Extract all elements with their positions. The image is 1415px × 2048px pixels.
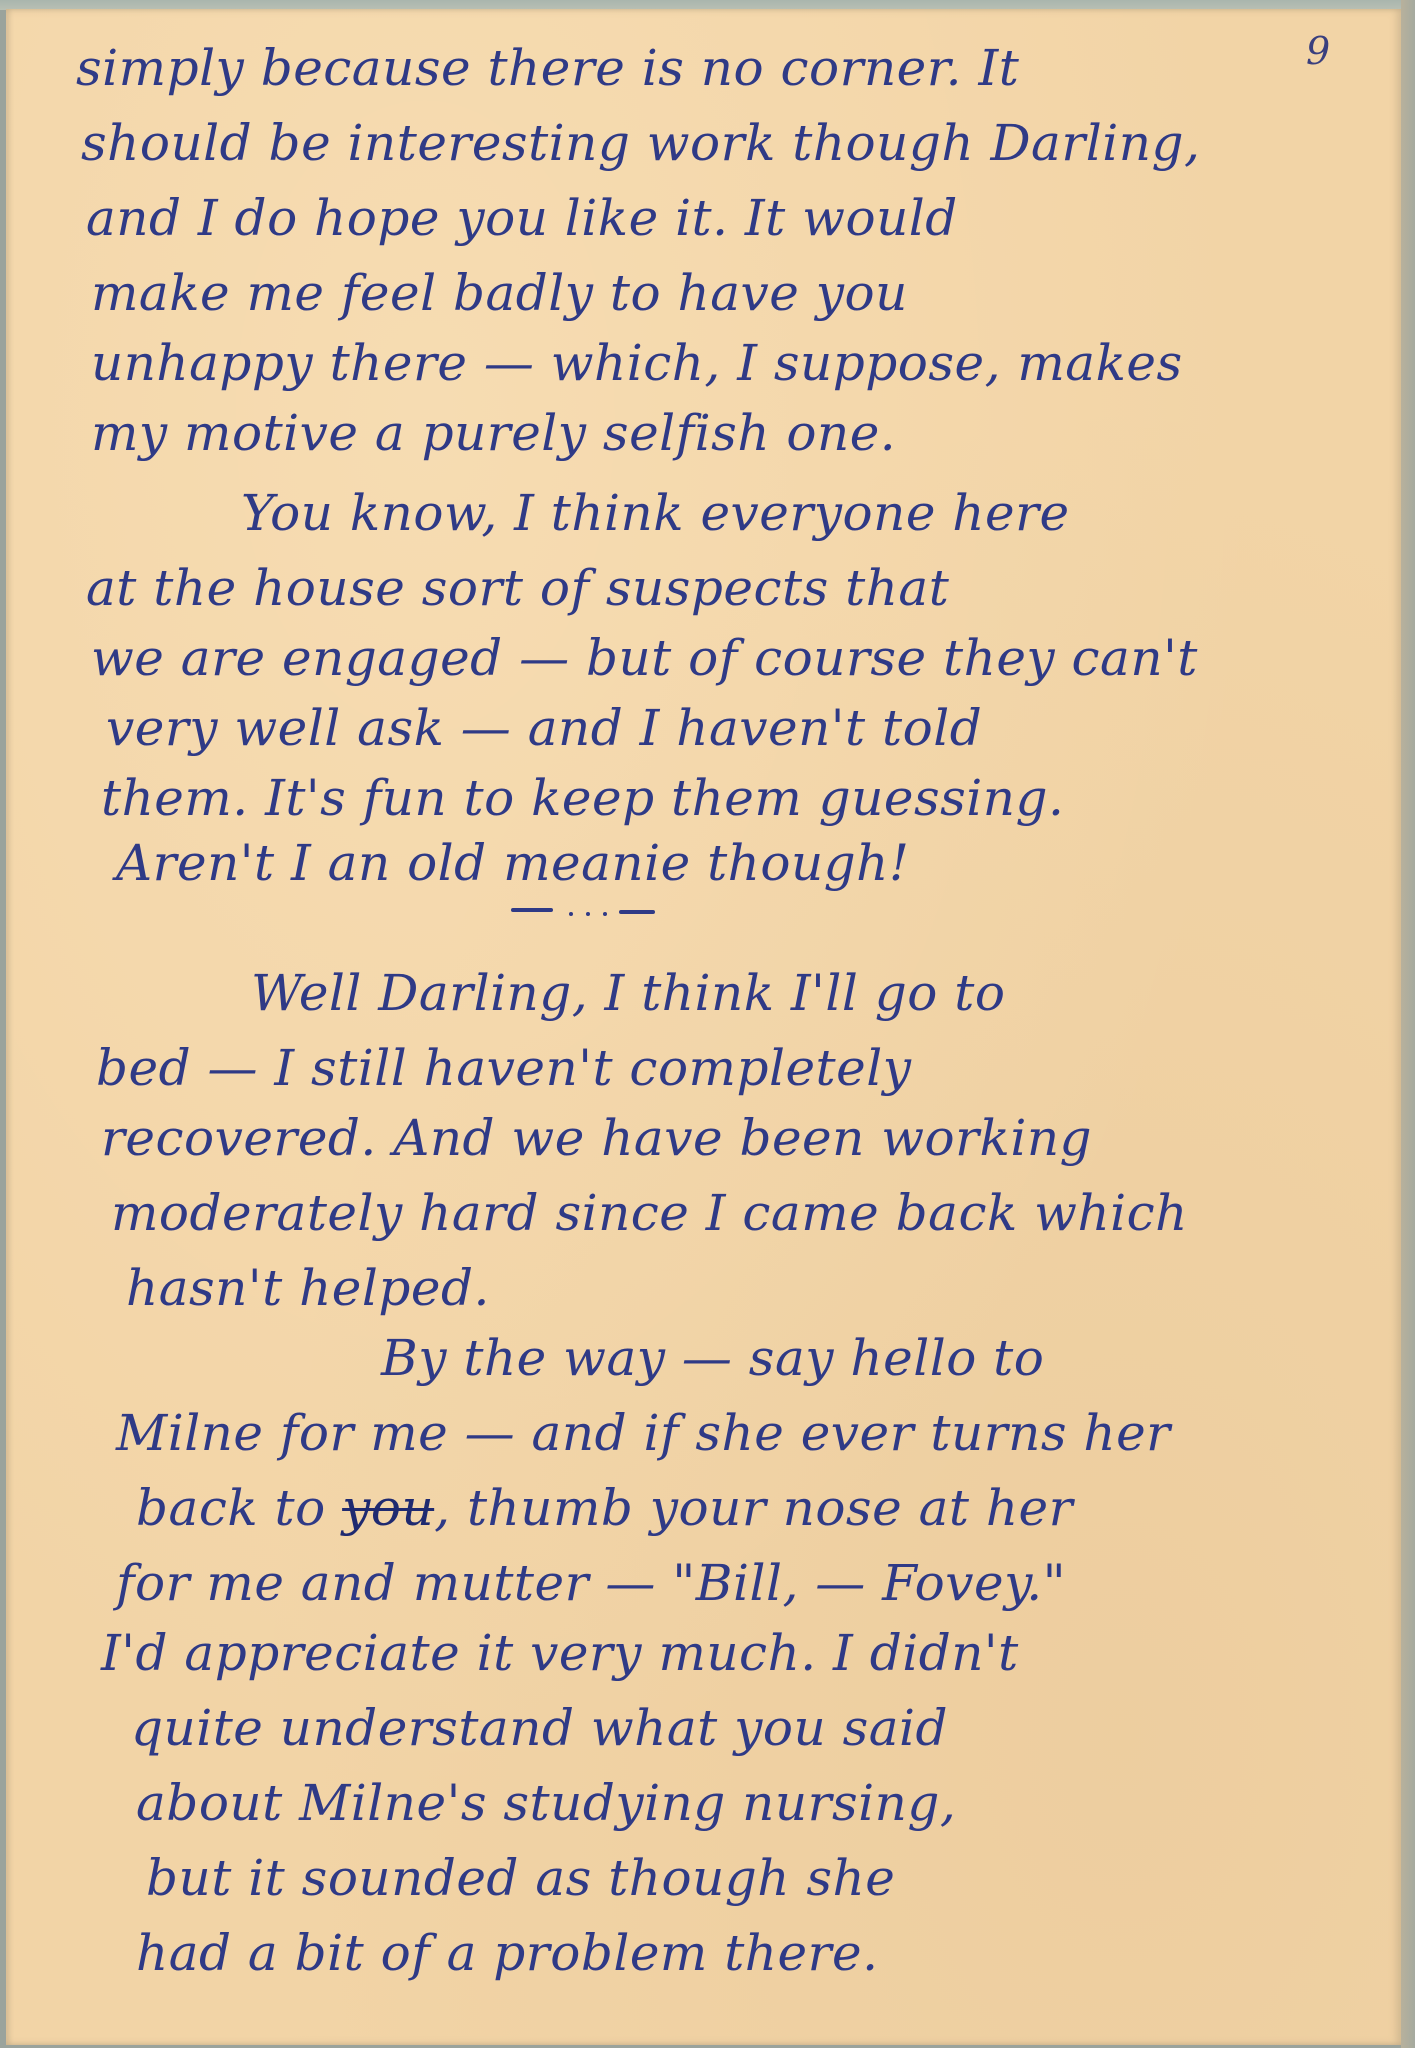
separator-dot — [586, 912, 590, 916]
line-segment: , thumb your nose at her — [434, 1479, 1073, 1537]
letter-line: unhappy there — which, I suppose, makes — [91, 334, 1183, 392]
letter-line: I'd appreciate it very much. I didn't — [101, 1624, 1019, 1682]
letter-line: and I do hope you like it. It would — [86, 189, 958, 247]
letter-line: make me feel badly to have you — [91, 264, 908, 322]
letter-line: for me and mutter — "Bill, — Fovey." — [116, 1554, 1066, 1612]
letter-line: back to you, thumb your nose at her — [136, 1479, 1073, 1537]
corrected-word: you — [342, 1479, 434, 1537]
scan-right-edge — [1401, 0, 1415, 2048]
letter-line: hasn't helped. — [126, 1259, 490, 1317]
letter-line: very well ask — and I haven't told — [106, 699, 982, 757]
letter-line: we are engaged — but of course they can'… — [91, 629, 1198, 687]
letter-line: had a bit of a problem there. — [136, 1924, 878, 1982]
letter-line: moderately hard since I came back which — [111, 1184, 1188, 1242]
letter-line: simply because there is no corner. It — [76, 39, 1019, 97]
separator-dot — [603, 912, 607, 916]
letter-line: at the house sort of suspects that — [86, 559, 949, 617]
letter-line: them. It's fun to keep them guessing. — [101, 769, 1064, 827]
letter-line: Milne for me — and if she ever turns her — [116, 1404, 1171, 1462]
separator-dash — [511, 908, 553, 912]
letter-line: bed — I still haven't completely — [96, 1039, 911, 1097]
letter-line: Aren't I an old meanie though! — [116, 834, 909, 892]
letter-line: Well Darling, I think I'll go to — [251, 964, 1005, 1022]
letter-line: recovered. And we have been working — [101, 1109, 1092, 1167]
section-separator — [511, 904, 656, 916]
letter-line: By the way — say hello to — [381, 1329, 1044, 1387]
letter-line: but it sounded as though she — [146, 1849, 895, 1907]
letter-page: 9 simply because there is no corner. It … — [6, 9, 1403, 2045]
letter-line: my motive a purely selfish one. — [91, 404, 896, 462]
letter-line: about Milne's studying nursing, — [136, 1774, 956, 1832]
letter-line: quite understand what you said — [131, 1699, 948, 1757]
page-number: 9 — [1306, 29, 1330, 73]
line-segment: back to — [136, 1479, 342, 1537]
separator-dot — [569, 912, 573, 916]
letter-line: should be interesting work though Darlin… — [81, 114, 1200, 172]
separator-dash — [619, 910, 655, 914]
letter-line: You know, I think everyone here — [241, 484, 1070, 542]
